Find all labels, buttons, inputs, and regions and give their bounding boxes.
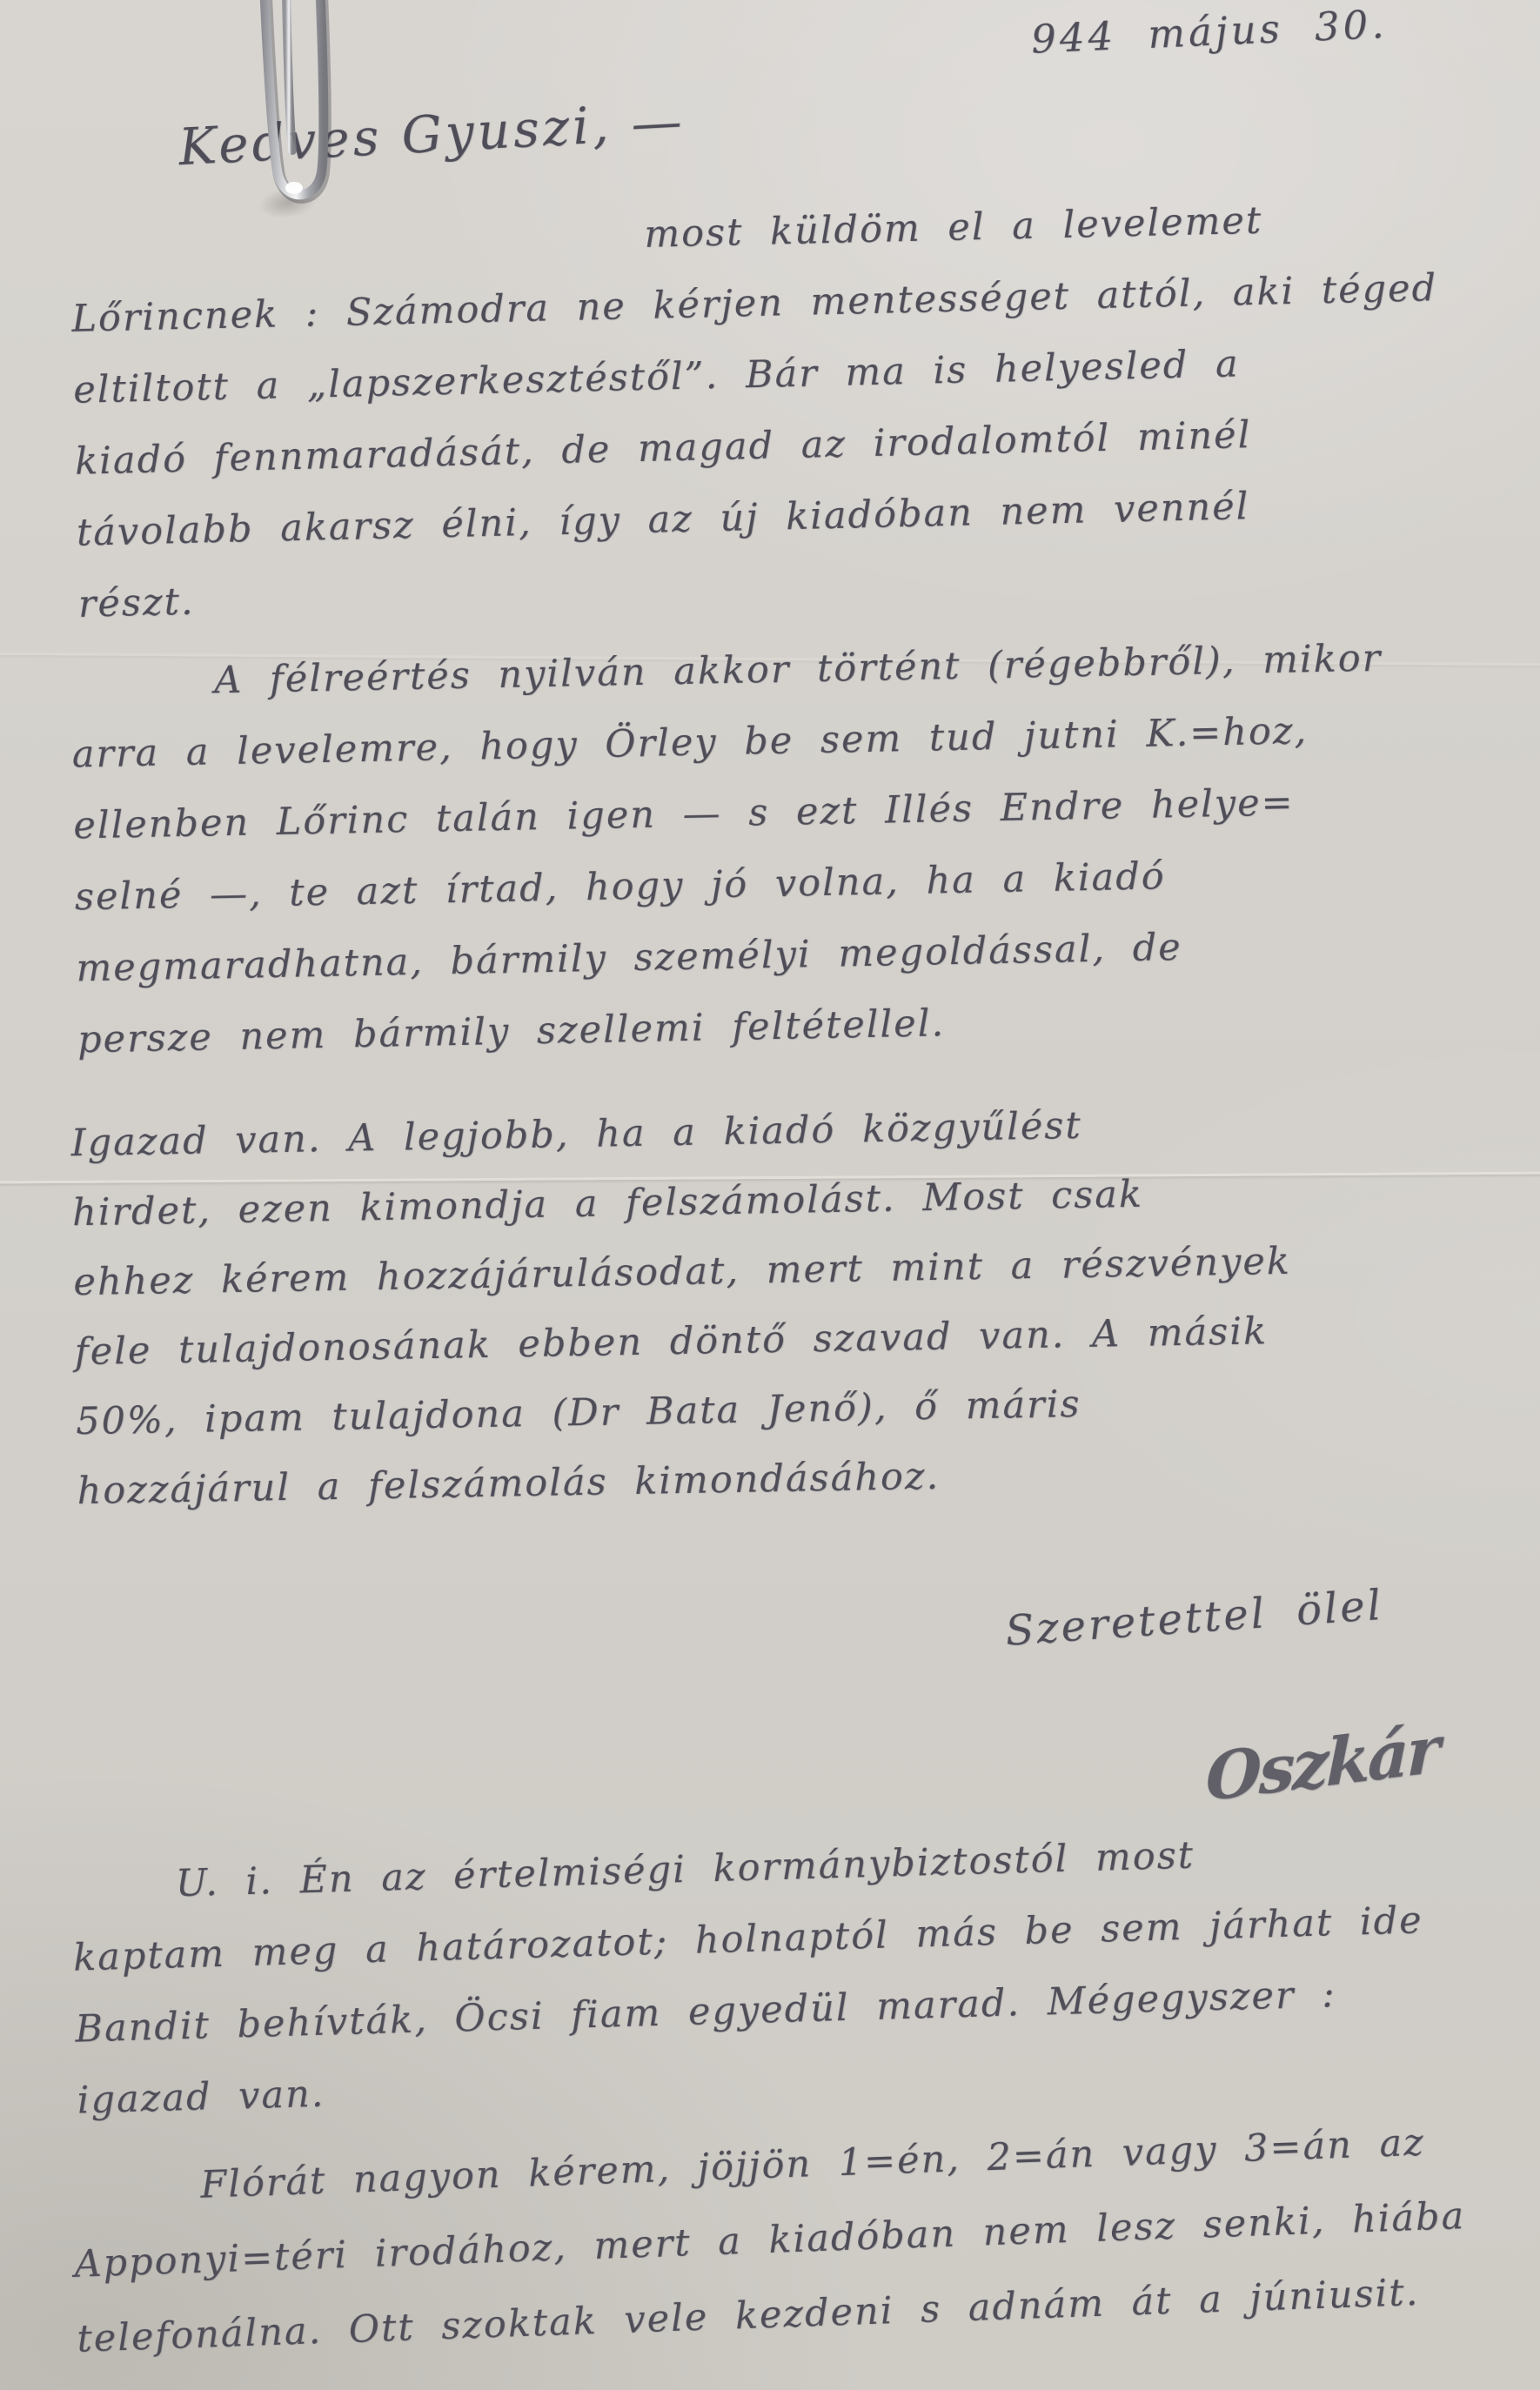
paper-clip-icon — [218, 0, 365, 251]
letter-signature: Oszkár — [1205, 1712, 1438, 1817]
letter-closing: Szeretettel ölel — [1004, 1581, 1385, 1656]
letter-postscript-2: Flórát nagyon kérem, jöjjön 1=én, 2=án v… — [70, 2104, 1470, 2377]
letter-paragraph-3: Igazad van. A legjobb, ha a kiadó közgyű… — [70, 1088, 1296, 1526]
letter-date: 944 május 30. — [1030, 1, 1389, 63]
letter-photo: 944 május 30. Kedves Gyuszi, — most küld… — [0, 0, 1540, 2390]
letter-postscript-1: U. i. Én az értelmiségi kormánybiztostól… — [70, 1813, 1428, 2136]
letter-paragraph-2: A félreértés nyilván akkor történt (rége… — [70, 623, 1389, 1076]
